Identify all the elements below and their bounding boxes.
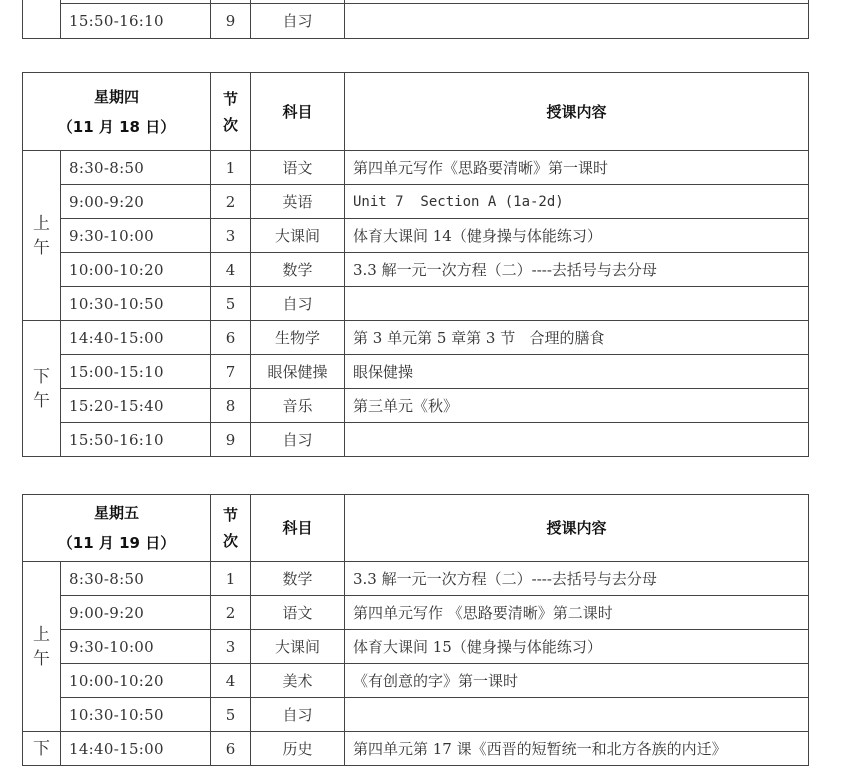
content-cell: 眼保健操: [345, 355, 809, 389]
subject-cell: 英语: [251, 185, 345, 219]
table-row: 9:00-9:20 2 语文 第四单元写作 《思路要清晰》第二课时: [23, 596, 809, 630]
table-row: 上午 8:30-8:50 1 语文 第四单元写作《思路要清晰》第一课时: [23, 151, 809, 185]
subject-cell: 自习: [251, 4, 345, 39]
content-cell: 第三单元《秋》: [345, 389, 809, 423]
day-header: 星期五 （11 月 19 日）: [23, 495, 211, 562]
lesson-number-cell: 4: [211, 664, 251, 698]
content-header: 授课内容: [345, 73, 809, 151]
lesson-number-cell: 3: [211, 630, 251, 664]
time-cell: 15:50-16:10: [61, 4, 211, 39]
content-cell: 3.3 解一元一次方程（二）----去括号与去分母: [345, 253, 809, 287]
subject-cell: 生物学: [251, 321, 345, 355]
content-cell: 体育大课间 14（健身操与体能练习）: [345, 219, 809, 253]
content-cell: 第四单元写作《思路要清晰》第一课时: [345, 151, 809, 185]
time-cell: 14:40-15:00: [61, 732, 211, 766]
time-cell: 9:00-9:20: [61, 596, 211, 630]
morning-label: 上午: [23, 562, 61, 732]
subject-cell: 美术: [251, 664, 345, 698]
lesson-number-header: 节 次: [211, 495, 251, 562]
subject-header: 科目: [251, 73, 345, 151]
lesson-number-cell: 2: [211, 185, 251, 219]
time-cell: 8:30-8:50: [61, 151, 211, 185]
afternoon-label: 下: [23, 732, 61, 766]
lesson-number-cell: 9: [211, 423, 251, 457]
subject-cell: 大课间: [251, 630, 345, 664]
time-cell: 10:30-10:50: [61, 698, 211, 732]
subject-cell: 语文: [251, 151, 345, 185]
table-row: 9:30-10:00 3 大课间 体育大课间 15（健身操与体能练习）: [23, 630, 809, 664]
table-row: 15:00-15:10 7 眼保健操 眼保健操: [23, 355, 809, 389]
subject-cell: 眼保健操: [251, 355, 345, 389]
table-row: 下 14:40-15:00 6 历史 第四单元第 17 课《西晋的短暂统一和北方…: [23, 732, 809, 766]
lesson-number-cell: 8: [211, 389, 251, 423]
content-header: 授课内容: [345, 495, 809, 562]
table-row: 10:00-10:20 4 美术 《有创意的字》第一课时: [23, 664, 809, 698]
subject-cell: 语文: [251, 596, 345, 630]
lesson-number-cell: 1: [211, 151, 251, 185]
lesson-number-cell: 1: [211, 562, 251, 596]
time-cell: 15:50-16:10: [61, 423, 211, 457]
time-cell: 10:00-10:20: [61, 664, 211, 698]
period-cell: [23, 0, 61, 39]
time-cell: 10:30-10:50: [61, 287, 211, 321]
schedule-table-thursday: 星期四 （11 月 18 日） 节 次 科目 授课内容 上午 8:30-8:50…: [22, 72, 809, 457]
subject-cell: 数学: [251, 253, 345, 287]
table-row: 15:50-16:10 9 自习: [23, 423, 809, 457]
content-cell: 3.3 解一元一次方程（二）----去括号与去分母: [345, 562, 809, 596]
content-cell: [345, 4, 809, 39]
lesson-number-cell: 5: [211, 698, 251, 732]
subject-cell: 历史: [251, 732, 345, 766]
lesson-number-cell: 7: [211, 355, 251, 389]
time-cell: 14:40-15:00: [61, 321, 211, 355]
morning-label: 上午: [23, 151, 61, 321]
lesson-number-cell: 3: [211, 219, 251, 253]
time-cell: 9:30-10:00: [61, 630, 211, 664]
subject-cell: 大课间: [251, 219, 345, 253]
time-cell: 9:30-10:00: [61, 219, 211, 253]
day-date: （11 月 18 日）: [23, 112, 210, 142]
time-cell: 9:00-9:20: [61, 185, 211, 219]
lesson-number-cell: 2: [211, 596, 251, 630]
subject-cell: 自习: [251, 287, 345, 321]
day-date: （11 月 19 日）: [23, 528, 210, 558]
table-header-row: 星期四 （11 月 18 日） 节 次 科目 授课内容: [23, 73, 809, 151]
lesson-number-cell: 6: [211, 732, 251, 766]
subject-cell: 数学: [251, 562, 345, 596]
table-row: 10:30-10:50 5 自习: [23, 287, 809, 321]
content-cell: Unit 7 Section A (1a-2d): [345, 185, 809, 219]
content-cell: 《有创意的字》第一课时: [345, 664, 809, 698]
lesson-number-cell: 9: [211, 4, 251, 39]
table-row: 9:30-10:00 3 大课间 体育大课间 14（健身操与体能练习）: [23, 219, 809, 253]
time-cell: 8:30-8:50: [61, 562, 211, 596]
content-cell: 第四单元第 17 课《西晋的短暂统一和北方各族的内迁》: [345, 732, 809, 766]
day-header: 星期四 （11 月 18 日）: [23, 73, 211, 151]
schedule-table-previous: 15:50-16:10 9 自习: [22, 0, 809, 39]
lesson-number-cell: 5: [211, 287, 251, 321]
afternoon-label: 下午: [23, 321, 61, 457]
lesson-number-header: 节 次: [211, 73, 251, 151]
time-cell: 10:00-10:20: [61, 253, 211, 287]
content-cell: 第四单元写作 《思路要清晰》第二课时: [345, 596, 809, 630]
content-cell: [345, 698, 809, 732]
content-cell: [345, 423, 809, 457]
time-cell: 15:00-15:10: [61, 355, 211, 389]
table-row: 9:00-9:20 2 英语 Unit 7 Section A (1a-2d): [23, 185, 809, 219]
table-row: 下午 14:40-15:00 6 生物学 第 3 单元第 5 章第 3 节 合理…: [23, 321, 809, 355]
time-cell: 15:20-15:40: [61, 389, 211, 423]
subject-cell: 音乐: [251, 389, 345, 423]
content-cell: [345, 287, 809, 321]
day-name: 星期四: [23, 82, 210, 112]
lesson-number-cell: 6: [211, 321, 251, 355]
content-cell: 第 3 单元第 5 章第 3 节 合理的膳食: [345, 321, 809, 355]
table-row: 10:00-10:20 4 数学 3.3 解一元一次方程（二）----去括号与去…: [23, 253, 809, 287]
lesson-number-cell: 4: [211, 253, 251, 287]
subject-cell: 自习: [251, 698, 345, 732]
content-cell: 体育大课间 15（健身操与体能练习）: [345, 630, 809, 664]
table-row: 上午 8:30-8:50 1 数学 3.3 解一元一次方程（二）----去括号与…: [23, 562, 809, 596]
schedule-table-friday: 星期五 （11 月 19 日） 节 次 科目 授课内容 上午 8:30-8:50…: [22, 494, 809, 766]
subject-cell: 自习: [251, 423, 345, 457]
table-row: 15:20-15:40 8 音乐 第三单元《秋》: [23, 389, 809, 423]
subject-header: 科目: [251, 495, 345, 562]
table-header-row: 星期五 （11 月 19 日） 节 次 科目 授课内容: [23, 495, 809, 562]
table-row: 15:50-16:10 9 自习: [23, 4, 809, 39]
day-name: 星期五: [23, 498, 210, 528]
table-row: 10:30-10:50 5 自习: [23, 698, 809, 732]
